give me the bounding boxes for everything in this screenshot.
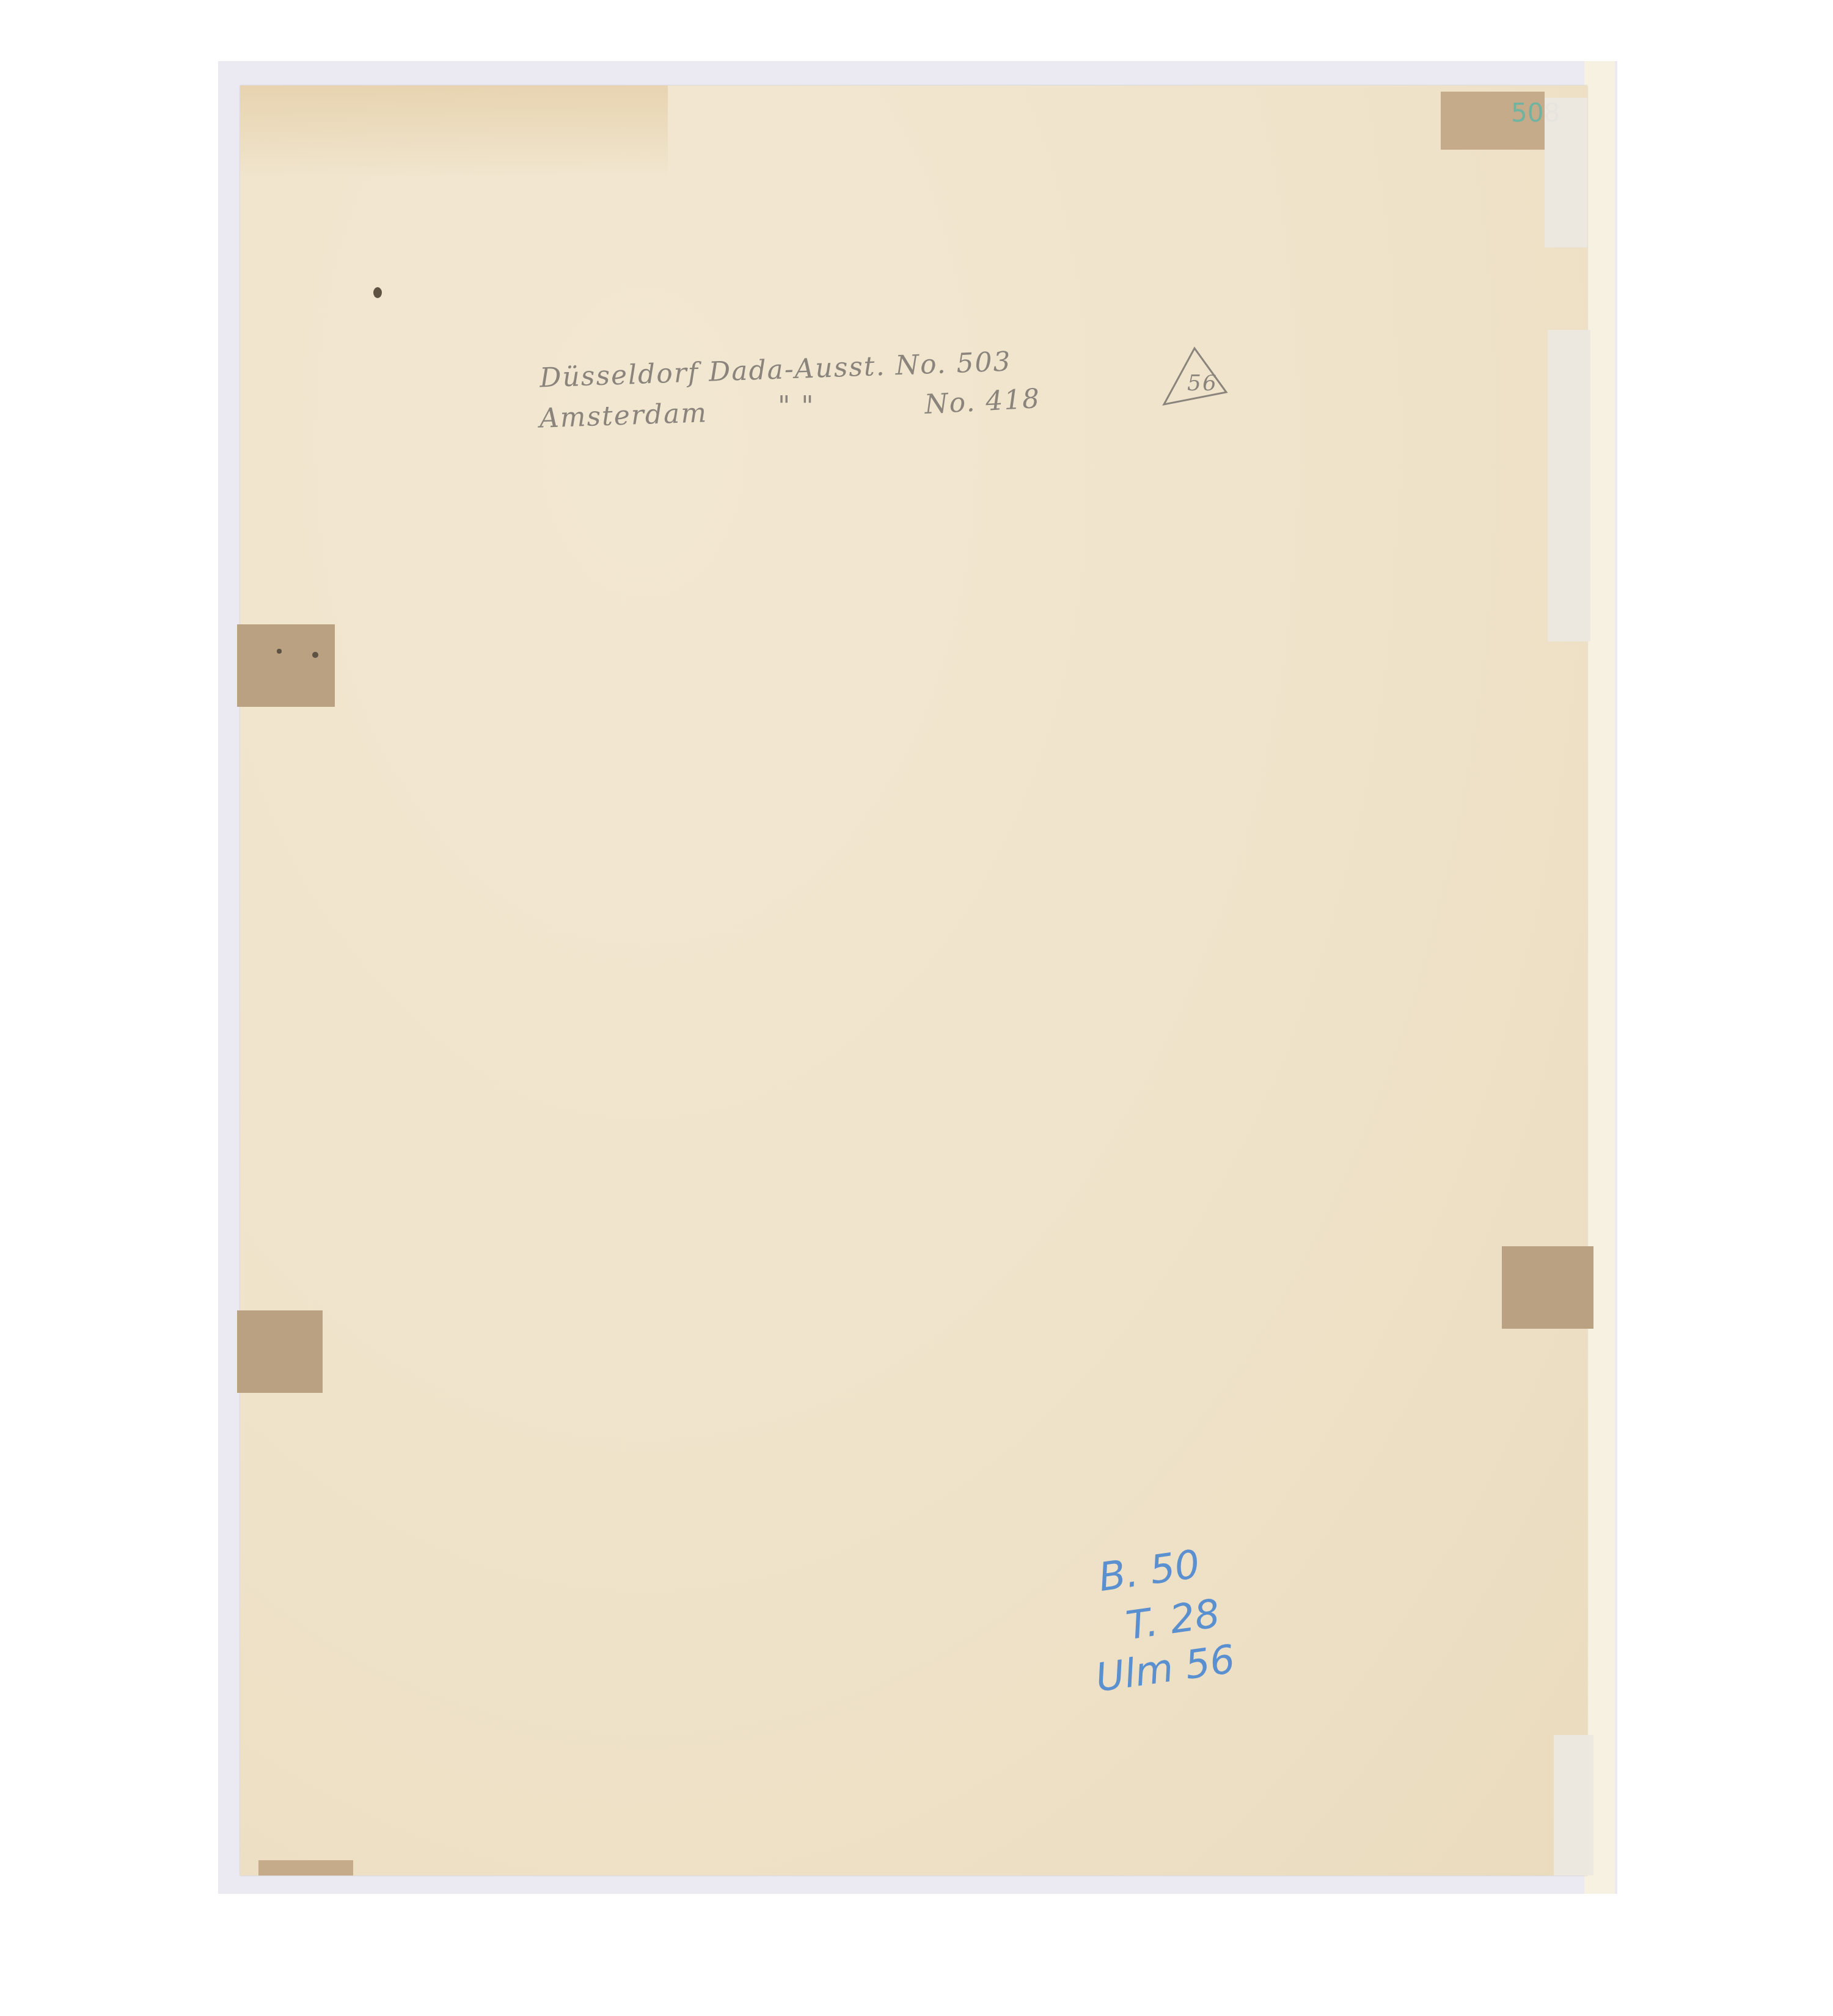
- inscription-line-2-city: Amsterdam: [539, 397, 708, 434]
- inscription-line-1: Düsseldorf Dada-Ausst. No. 503: [539, 346, 1012, 394]
- hinge-tape-bottom-left: [258, 1860, 353, 1875]
- blue-inscription-line-3: Ulm 56: [1093, 1637, 1238, 1701]
- dot: [312, 652, 318, 658]
- hinge-tape-right-bottom: [1554, 1735, 1593, 1875]
- pin-hole: [373, 287, 382, 298]
- hinge-tape-left-upper: [237, 624, 335, 707]
- paper-sheet-verso: 508 Düsseldorf Dada-Ausst. No. 503 Amste…: [240, 86, 1587, 1875]
- dot: [277, 649, 282, 654]
- inscription-line-2-number: No. 418: [924, 383, 1042, 420]
- hinge-tape-right-mid: [1548, 330, 1590, 641]
- blue-inscription-line-1: B. 50: [1096, 1542, 1203, 1601]
- hinge-tape-right-top: [1545, 98, 1587, 247]
- hinge-tape-left-lower: [237, 1310, 323, 1393]
- water-stain: [240, 86, 668, 177]
- inscription-line-2-ditto: " ": [778, 391, 814, 422]
- hinge-tape-top-right: 508: [1441, 92, 1545, 150]
- triangle-mark-number: 56: [1187, 371, 1218, 396]
- hinge-tape-right-lower: [1502, 1246, 1593, 1329]
